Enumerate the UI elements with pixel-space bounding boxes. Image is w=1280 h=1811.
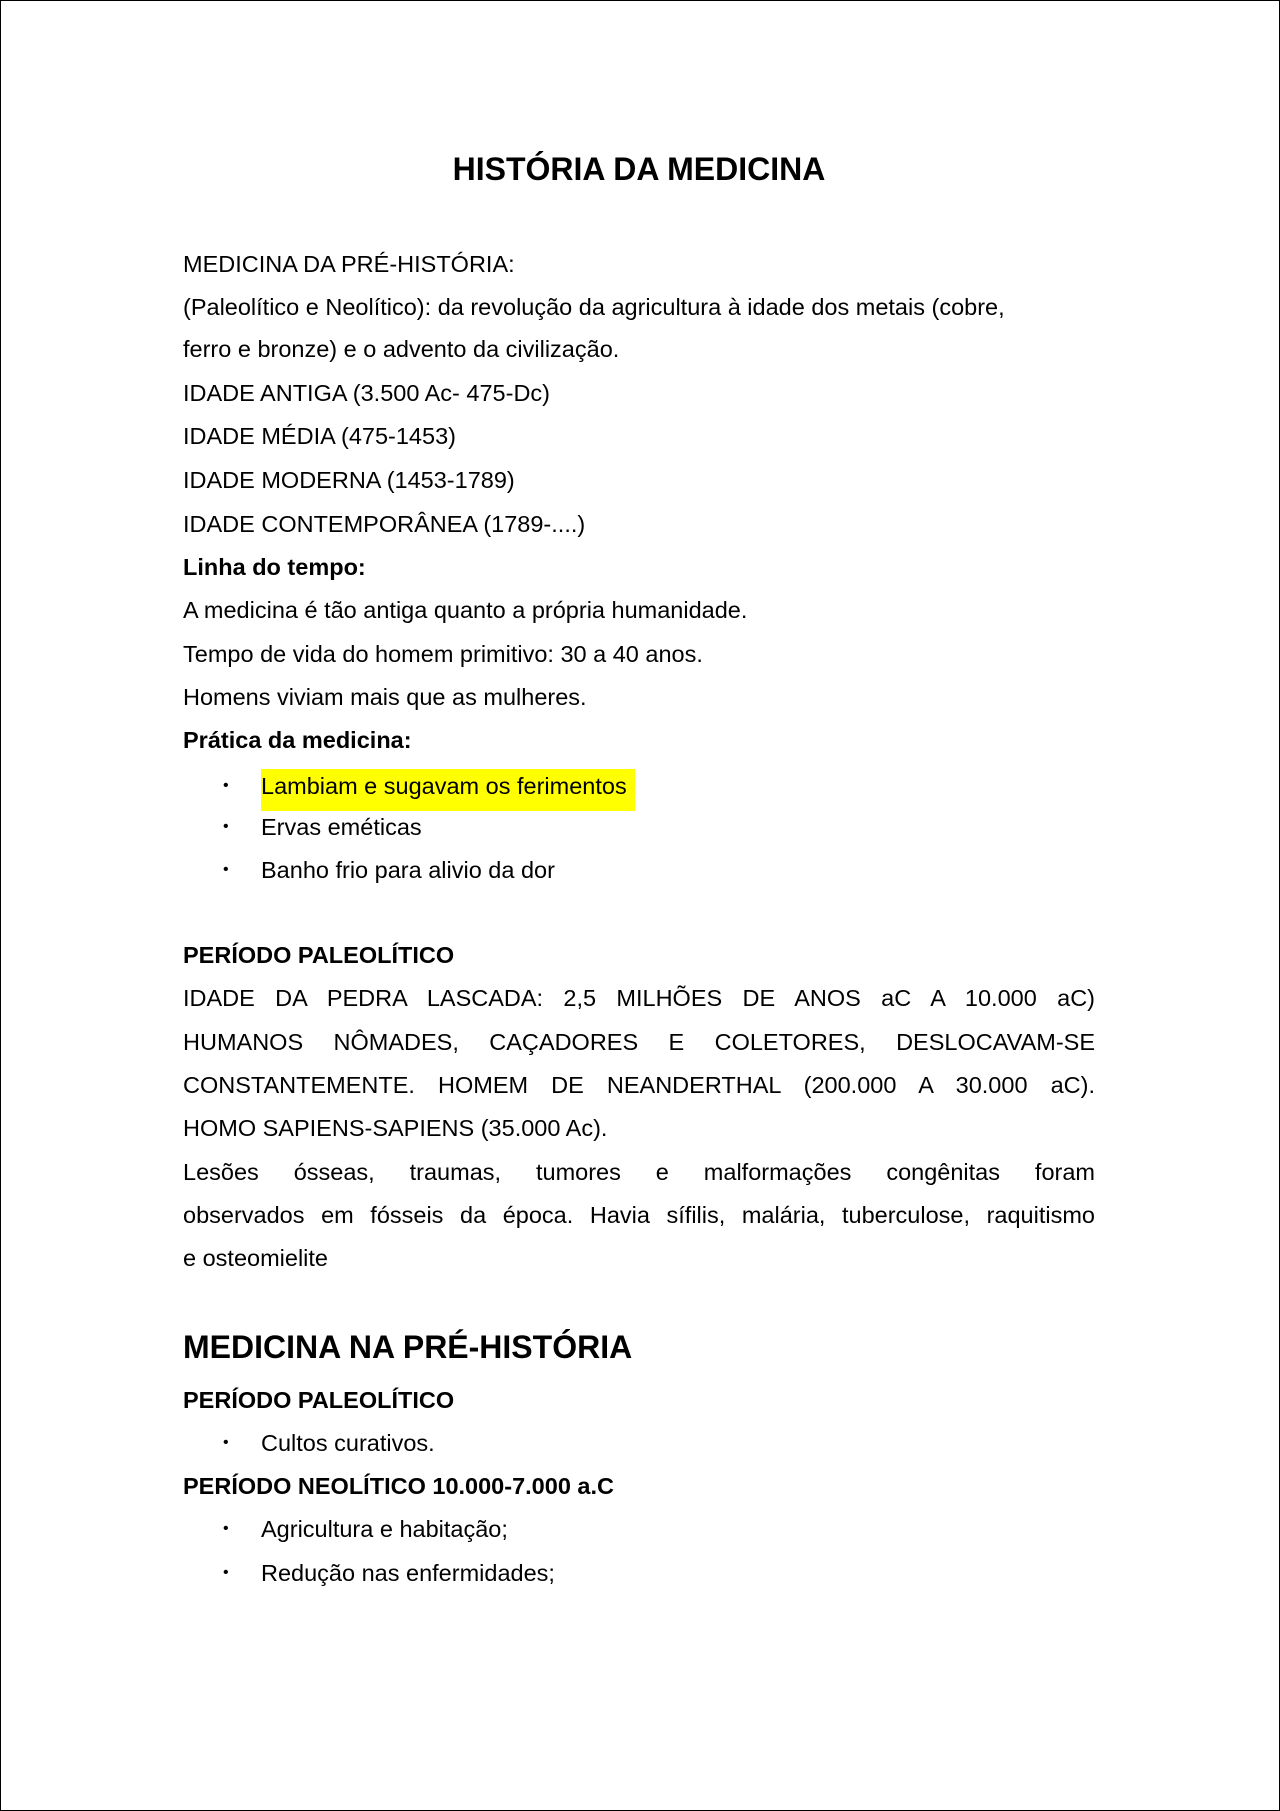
practice-list-item: •Banho frio para alivio da dor <box>223 855 555 887</box>
section-heading: MEDICINA NA PRÉ-HISTÓRIA <box>183 1327 632 1367</box>
paleolithic-list-item: •Cultos curativos. <box>223 1428 435 1460</box>
practice-heading: Prática da medicina: <box>183 725 412 755</box>
document-page: HISTÓRIA DA MEDICINA MEDICINA DA PRÉ-HIS… <box>0 0 1280 1811</box>
intro-line: (Paleolítico e Neolítico): da revolução … <box>183 292 1005 322</box>
bullet-icon: • <box>223 1514 261 1544</box>
paleolithic-heading: PERÍODO PALEOLÍTICO <box>183 940 454 970</box>
lesions-line: e osteomielite <box>183 1243 328 1273</box>
paleolithic-line: HUMANOS NÔMADES, CAÇADORES E COLETORES, … <box>183 1027 1095 1057</box>
bullet-icon: • <box>223 812 261 842</box>
neolithic-list-item: •Agricultura e habitação; <box>223 1514 508 1546</box>
intro-heading: MEDICINA DA PRÉ-HISTÓRIA: <box>183 249 515 279</box>
era-media: IDADE MÉDIA (475-1453) <box>183 421 456 451</box>
timeline-line: A medicina é tão antiga quanto a própria… <box>183 595 747 625</box>
bullet-icon: • <box>223 1558 261 1588</box>
bullet-icon: • <box>223 855 261 885</box>
lesions-line: Lesões ósseas, traumas, tumores e malfor… <box>183 1157 1095 1187</box>
neolithic-subheading: PERÍODO NEOLÍTICO 10.000-7.000 a.C <box>183 1471 614 1501</box>
paleolithic-subheading: PERÍODO PALEOLÍTICO <box>183 1385 454 1415</box>
lesions-line: observados em fósseis da época. Havia sí… <box>183 1200 1095 1230</box>
highlighted-text: Lambiam e sugavam os ferimentos <box>261 769 635 811</box>
paleolithic-line: IDADE DA PEDRA LASCADA: 2,5 MILHÕES DE A… <box>183 983 1095 1013</box>
practice-list-item: •Lambiam e sugavam os ferimentos <box>223 769 635 811</box>
era-contemporanea: IDADE CONTEMPORÂNEA (1789-....) <box>183 509 585 539</box>
intro-line: ferro e bronze) e o advento da civilizaç… <box>183 334 619 364</box>
practice-list-item: •Ervas eméticas <box>223 812 422 844</box>
document-title: HISTÓRIA DA MEDICINA <box>183 149 1095 189</box>
neolithic-list-item: •Redução nas enfermidades; <box>223 1558 555 1590</box>
paleolithic-line: HOMO SAPIENS-SAPIENS (35.000 Ac). <box>183 1113 607 1143</box>
era-moderna: IDADE MODERNA (1453-1789) <box>183 465 515 495</box>
bullet-icon: • <box>223 1428 261 1458</box>
timeline-line: Homens viviam mais que as mulheres. <box>183 682 587 712</box>
era-antiga: IDADE ANTIGA (3.500 Ac- 475-Dc) <box>183 378 550 408</box>
timeline-line: Tempo de vida do homem primitivo: 30 a 4… <box>183 639 703 669</box>
paleolithic-line: CONSTANTEMENTE. HOMEM DE NEANDERTHAL (20… <box>183 1070 1095 1100</box>
timeline-heading: Linha do tempo: <box>183 552 366 582</box>
bullet-icon: • <box>223 771 261 801</box>
